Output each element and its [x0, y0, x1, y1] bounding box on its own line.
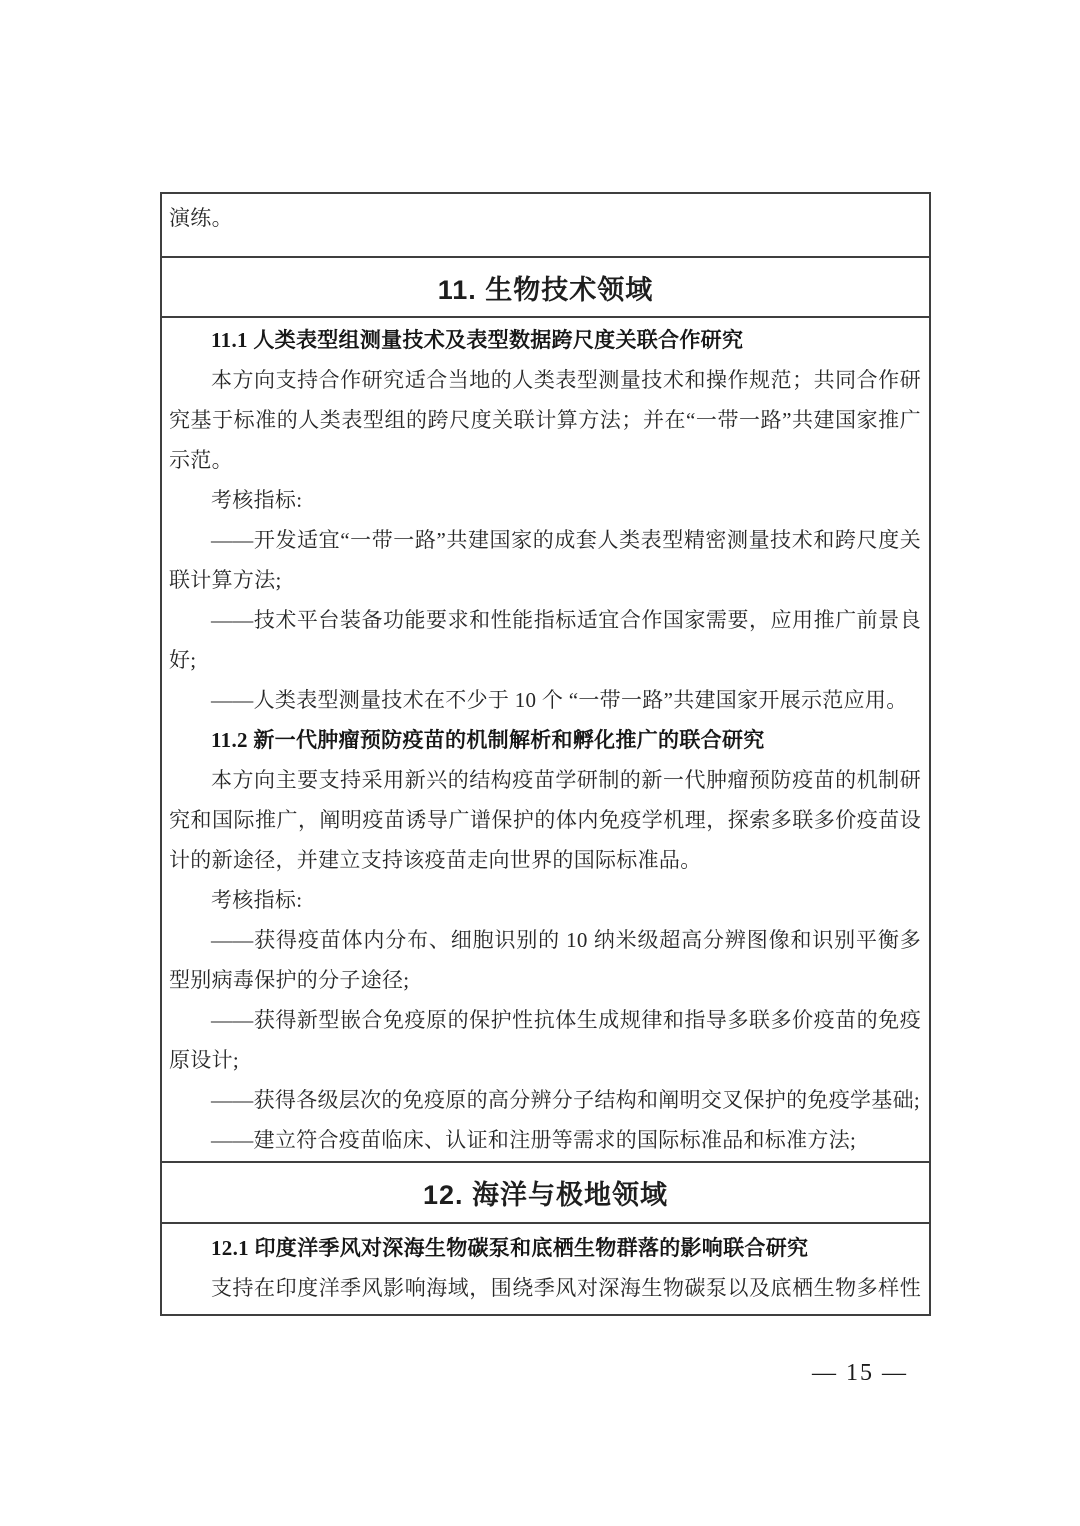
table-cell-section11-header: 11. 生物技术领域 — [162, 256, 929, 316]
table-cell-section11-body: 11.1 人类表型组测量技术及表型数据跨尺度关联合作研究 本方向支持合作研究适合… — [162, 316, 929, 1161]
page-number: — 15 — — [812, 1360, 908, 1387]
section12-title: 12. 海洋与极地领域 — [423, 1173, 668, 1212]
document-page: 演练。 11. 生物技术领域 11.1 人类表型组测量技术及表型数据跨尺度关联合… — [0, 0, 1080, 1526]
guideline-table: 演练。 11. 生物技术领域 11.1 人类表型组测量技术及表型数据跨尺度关联合… — [160, 192, 931, 1316]
paragraph-11-1-intro: 本方向支持合作研究适合当地的人类表型测量技术和操作规范；共同合作研究基于标准的人… — [169, 360, 921, 480]
paragraph-11-2-metrics-label: 考核指标: — [169, 880, 921, 920]
leading-paragraph: 演练。 — [169, 198, 921, 238]
paragraph-11-2-intro: 本方向主要支持采用新兴的结构疫苗学研制的新一代肿瘤预防疫苗的机制研究和国际推广，… — [169, 760, 921, 880]
subheading-12-1: 12.1 印度洋季风对深海生物碳泵和底栖生物群落的影响联合研究 — [169, 1228, 921, 1268]
bullet-11-2-item2: ——获得新型嵌合免疫原的保护性抗体生成规律和指导多联多价疫苗的免疫原设计; — [169, 1000, 921, 1080]
paragraph-12-1-intro: 支持在印度洋季风影响海域，围绕季风对深海生物碳泵以及底栖生物多样性的影 — [169, 1268, 921, 1314]
table-cell-section12-body: 12.1 印度洋季风对深海生物碳泵和底栖生物群落的影响联合研究 支持在印度洋季风… — [162, 1222, 929, 1314]
subheading-11-1: 11.1 人类表型组测量技术及表型数据跨尺度关联合作研究 — [169, 320, 921, 360]
table-cell-leading: 演练。 — [162, 194, 929, 256]
bullet-11-1-item3: ——人类表型测量技术在不少于 10 个 “一带一路”共建国家开展示范应用。 — [169, 680, 921, 720]
bullet-11-2-item5: ——获得高价值的专利、高水平合作论文和国际标准品等的科技合作成果，实现疫苗研究的… — [169, 1160, 921, 1161]
section11-title: 11. 生物技术领域 — [438, 268, 654, 307]
bullet-11-2-item1: ——获得疫苗体内分布、细胞识别的 10 纳米级超高分辨图像和识别平衡多型别病毒保… — [169, 920, 921, 1000]
paragraph-11-1-metrics-label: 考核指标: — [169, 480, 921, 520]
bullet-11-1-item1: ——开发适宜“一带一路”共建国家的成套人类表型精密测量技术和跨尺度关联计算方法; — [169, 520, 921, 600]
table-cell-section12-header: 12. 海洋与极地领域 — [162, 1161, 929, 1222]
subheading-11-2: 11.2 新一代肿瘤预防疫苗的机制解析和孵化推广的联合研究 — [169, 720, 921, 760]
bullet-11-2-item4: ——建立符合疫苗临床、认证和注册等需求的国际标准品和标准方法; — [169, 1120, 921, 1160]
bullet-11-1-item2: ——技术平台装备功能要求和性能指标适宜合作国家需要，应用推广前景良好; — [169, 600, 921, 680]
bullet-11-2-item3: ——获得各级层次的免疫原的高分辨分子结构和阐明交叉保护的免疫学基础; — [169, 1080, 921, 1120]
